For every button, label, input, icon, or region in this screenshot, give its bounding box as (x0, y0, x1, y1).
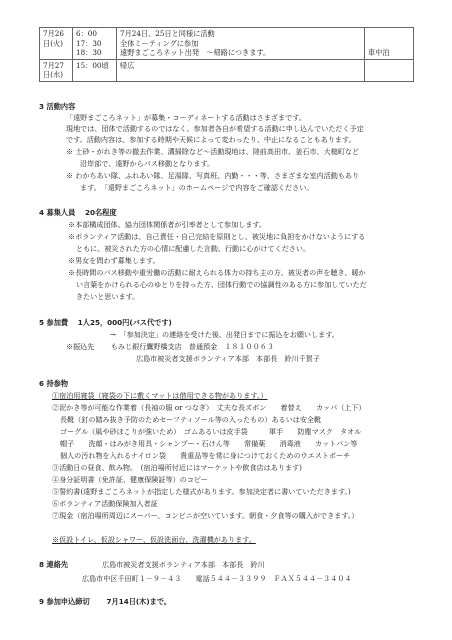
belongings-item: ⑥ボランティア活動保険加入者証 (52, 499, 158, 508)
time-cell: 15：00頃 (73, 59, 117, 81)
belongings-item: 個人の汚れ物を入れるナイロン袋 貴重品等を常に身につけておくためのウエストポーチ (60, 451, 350, 460)
belongings-item: 帽子 洗顔・はみがき用具・シャンプー・石けん等 常備薬 消毒液 カットバン等 (60, 439, 357, 448)
schedule-row: 7月26 日(火) 6：00 17：30 18：30 7月24日、25日と同様に… (40, 28, 414, 60)
date-text: 7月26 (43, 29, 69, 39)
weekday-text: 日(水) (43, 70, 69, 80)
activity-cell: 7月24日、25日と同様に活動 全体ミーティングに参加 遠野まごころネット出発 … (117, 28, 365, 60)
paragraph-line: 「遠野まごころネット」が募集・コーディネートする活動はさまざまです。 (66, 113, 306, 122)
facilities-note: ※仮設トイレ、仮設シャワー、仮設洗面台、洗濯機があります。 (52, 535, 256, 544)
paragraph-line: きたいと思います。 (76, 292, 139, 301)
time-text: 17：30 (76, 39, 113, 49)
paragraph-line: ともに、被災された方の心情に配慮した言動、行動に心がけてください。 (76, 244, 310, 253)
belongings-item: ⑤誓約書(遠野まごころネットが指定した様式があります。参加決定者に書いていただき… (52, 487, 351, 496)
paragraph-line: ※ わかちあい隊、ふれあい隊、足湯隊、写真班、内勤・・・等、さまざまな室内活動も… (66, 171, 359, 180)
date-cell: 7月26 日(火) (40, 28, 73, 60)
paragraph-line: ※ボランティア活動は、自己責任・自己完結を原則とし、被災地に負担をかけないように… (68, 232, 365, 241)
belongings-item: ④身分証明書（免許証、健康保険証等）のコピー (52, 475, 208, 484)
belongings-item: ⑦現金（宿泊場所周辺にスーパー、コンビニが空いています。朝食・夕食等の購入ができ… (52, 511, 358, 520)
paragraph-line: ます。 「遠野まごころネット」のホームページで内容をご確認ください。 (80, 183, 313, 192)
activity-text: 7月24日、25日と同様に活動 (120, 29, 361, 39)
contact-address: 広島市中区千田町１－９－４３ 電話５４４－３３９９ ＦＡＸ５４４－３４０４ (82, 574, 352, 583)
schedule-table: 7月26 日(火) 6：00 17：30 18：30 7月24日、25日と同様に… (39, 27, 414, 82)
time-text: 6：00 (76, 29, 113, 39)
note-cell (365, 59, 414, 81)
section-heading-recruitment: 4 募集人員 20名程度 (39, 208, 117, 218)
note-cell: 車中泊 (365, 28, 414, 60)
belongings-item: ②泥かき等が可能な作業着（長袖の服 or つなぎ） 丈夫な長ズボン 着替え カッ… (52, 403, 366, 412)
note-text: 車中泊 (368, 48, 410, 58)
time-cell: 6：00 17：30 18：30 (73, 28, 117, 60)
belongings-item: ゴーグル（風や砂ほこりが強いため） ゴムあるいは皮手袋 軍手 防塵マスク タオル (60, 427, 361, 436)
activity-cell: 帰広 (117, 59, 365, 81)
activity-text: 遠野まごころネット出発 ～帰路につきます。 (120, 48, 361, 58)
weekday-text: 日(火) (43, 39, 69, 49)
paragraph-line: ※本部構成団体、協力団体関係者が引率者として参加します。 (68, 220, 266, 229)
paragraph-line: 沿岸部で、遠野からバス移動となります。 (80, 159, 214, 168)
contact-org: 広島市被災者支援ボランティア本部 本部長 鈴川 (102, 560, 265, 569)
section-heading-deadline: 9 参加申込締切 7月14日(木)まで。 (39, 597, 171, 607)
schedule-row: 7月27 日(水) 15：00頃 帰広 (40, 59, 414, 81)
time-text: 15：00頃 (76, 61, 113, 71)
belongings-item: 長靴（釘の踏み抜き予防のためセーフティソール等の入ったもの）あるいは安全靴 (60, 415, 321, 424)
paragraph-line: ※男女を問わず募集します。 (68, 256, 160, 265)
belongings-item: ①宿泊用寝袋（寝袋の下に敷くマットは借用できる物があります。） (52, 391, 268, 400)
paragraph-line: です。活動内容は、参加する時期や天候によって変わったり、中止になることもあります… (66, 135, 356, 144)
bank-account-line: ※振込先 もみじ銀行鷹野橋支店 普通預金 １８１００６３ (66, 342, 274, 351)
section-heading-fee: 5 参加費 1人25，000円(バス代です) (39, 318, 172, 328)
activity-text: 帰広 (120, 61, 361, 71)
account-holder-line: 広島市被災者支援ボランティア本部 本部長 鈴川千賀子 (136, 354, 320, 363)
section-heading-belongings: 6 持参物 (39, 379, 68, 389)
paragraph-line: ※長時間のバス移動や重労働の活動に耐えられる体力の持ち主の方、被災者の声を聴き、… (68, 268, 366, 277)
section-heading-contact: 8 連絡先 (39, 560, 68, 570)
paragraph-line: 現地では、団体で活動するのではなく、参加者各自が希望する活動に申し込んでいただく… (66, 124, 364, 133)
paragraph-line: ※ 土砂・がれき等の撤去作業、溝掃除など～活動現地は、陸前高田市、釜石市、大槌町… (66, 147, 359, 156)
date-text: 7月27 (43, 61, 69, 71)
paragraph-line: → 「参加決定」の連絡を受けた後、出発日までに振込をお願いします。 (110, 330, 339, 339)
section-heading-activities: 3 活動内容 (39, 102, 75, 112)
belongings-item: ③活動日の昼食、飲み物。 (宿泊場所付近にはマーケットや飲食店はあります) (52, 463, 302, 472)
activity-text: 全体ミーティングに参加 (120, 39, 361, 49)
date-cell: 7月27 日(水) (40, 59, 73, 81)
time-text: 18：30 (76, 48, 113, 58)
paragraph-line: い言葉をかけられる心のゆとりを持った方、団体行動での協調性のある方に参加していた… (76, 280, 367, 289)
